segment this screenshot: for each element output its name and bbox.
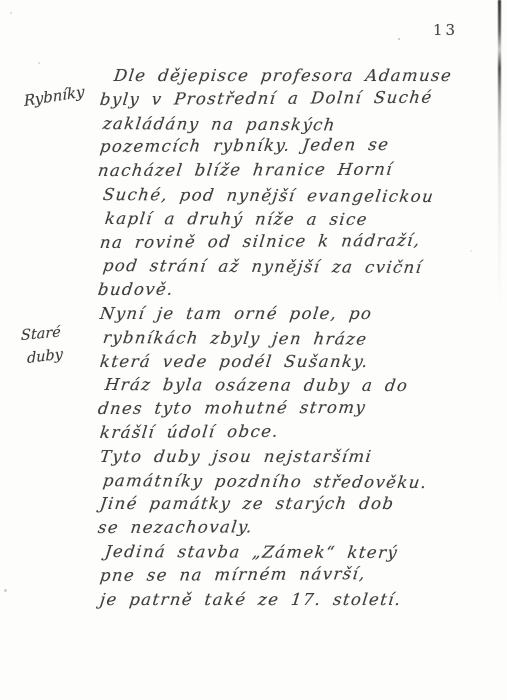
manuscript-page: 13 Rybníky Staré duby Dle dějepisce prof… [0,0,507,700]
scan-edge-artifact [498,0,501,310]
text-line: která vede podél Sušanky. [99,350,462,374]
handwritten-body-text: Dle dějepisce profesora Adamusebyly v Pr… [100,64,460,611]
text-line: rybníkách zbyly jen hráze [101,326,464,352]
text-line: byly v Prostřední a Dolní Suché [99,85,462,111]
margin-note-stare-duby-line1: Staré [21,324,61,344]
text-line: Nyní je tam orné pole, po [99,302,462,326]
text-line: Tyto duby jsou nejstaršími [99,445,462,469]
paper-speck [398,38,400,40]
margin-note-stare-duby-line2: duby [27,347,63,367]
margin-note-rybniky: Rybníky [24,82,85,110]
text-line: budově. [96,277,459,302]
text-line: na rovině od silnice k nádraží, [99,228,462,254]
paper-speck [4,589,7,592]
text-line: Jiné památky ze starých dob [99,492,462,516]
text-line: pne se na mírném návrší, [99,561,462,587]
page-number: 13 [433,21,458,39]
text-line: památníky pozdního středověku. [101,469,464,495]
paper-speck [10,12,12,14]
text-line: se nezachovaly. [96,515,459,540]
text-line: Dle dějepisce profesora Adamuse [99,64,462,88]
paper-speck [38,62,40,64]
text-line: je patrně také ze 17. století. [99,588,462,612]
text-line: dnes tyto mohutné stromy [96,396,459,421]
text-line: Suché, pod nynější evangelickou [101,183,464,209]
text-line: nacházel blíže hranice Horní [96,158,459,183]
paper-speck [470,250,472,252]
text-line: pozemcích rybníky. Jeden se [99,133,462,159]
text-line: krášlí údolí obce. [99,418,462,444]
